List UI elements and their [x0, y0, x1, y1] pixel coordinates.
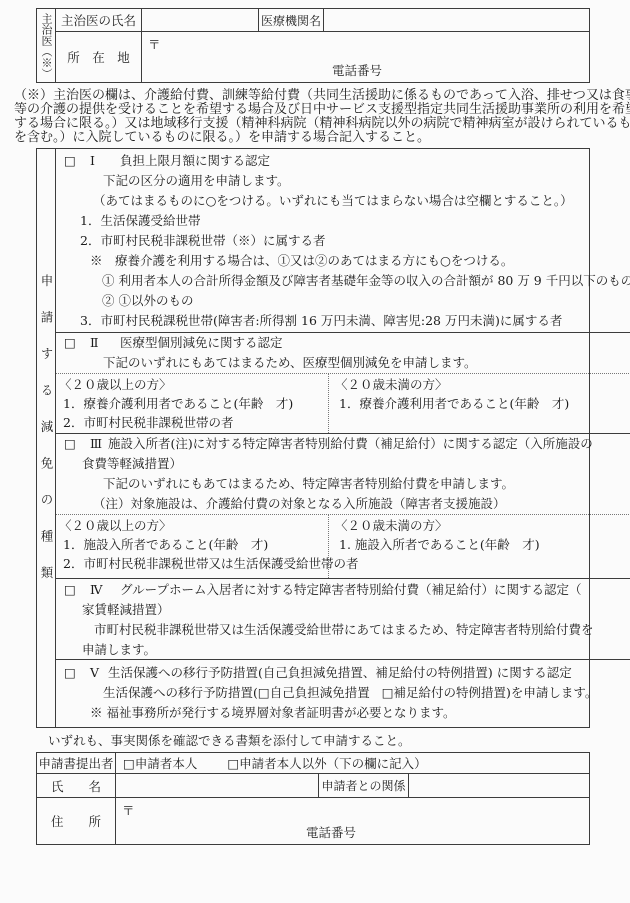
- s2-minor-item-1[interactable]: 1．療養介護利用者であること(年齢 才): [339, 394, 630, 413]
- submitter-row-type: 申請書提出者 □申請者本人 □申請者本人以外（下の欄に記入）: [37, 753, 589, 774]
- submitter-name-label: 氏 名: [37, 774, 116, 797]
- section-4-grouphome-supplement: □ Ⅳ グループホーム入居者に対する特定障害者特別給付費（補足給付）に関する認定…: [56, 578, 630, 659]
- section-2-numeral: Ⅱ: [90, 333, 106, 353]
- s1-paren-note: （あてはまるものに○をつける。いずれにも当てはまらない場合は空欄とすること。）: [93, 191, 630, 211]
- s2-adult-column: 〈２０歳以上の方〉 1．療養介護利用者であること(年齢 才) 2．市町村民税非課…: [56, 374, 329, 433]
- s2-age-columns: 〈２０歳以上の方〉 1．療養介護利用者であること(年齢 才) 2．市町村民税非課…: [56, 373, 630, 433]
- s4-desc-line-1: 市町村民税非課税世帯又は生活保護受給世帯にあてはまるため、特定障害者特別給付費を: [94, 620, 630, 640]
- exemption-side-label: 申請する減免の種類: [37, 274, 55, 603]
- s3-age-columns: 〈２０歳以上の方〉 1．施設入所者であること(年齢 才) 2．市町村民税非課税世…: [56, 514, 630, 578]
- exemption-type-table: 申請する減免の種類 □ Ⅰ 負担上限月額に関する認定 下記の区分の適用を申請しま…: [36, 148, 590, 728]
- submitter-options: □申請者本人 □申請者本人以外（下の欄に記入）: [116, 753, 589, 773]
- s1-option-1[interactable]: 1．生活保護受給世帯: [80, 211, 630, 231]
- relation-field[interactable]: [408, 774, 589, 797]
- relation-label: 申請者との関係: [318, 774, 408, 797]
- section-3-checkbox[interactable]: □: [64, 434, 78, 454]
- s3-target-note: （注）対象施設は、介護給付費の対象となる入所施設（障害者支援施設）: [93, 494, 630, 514]
- postal-mark-icon: 〒: [148, 35, 161, 53]
- exemption-table-body: □ Ⅰ 負担上限月額に関する認定 下記の区分の適用を申請します。 （あてはまるも…: [56, 149, 630, 727]
- section-3-title-line-2: 食費等軽減措置）: [82, 454, 630, 474]
- note-line-1: （※）主治医の欄は、介護給付費、訓練等給付費（共同生活援助に係るものであって入浴…: [14, 89, 624, 103]
- s3-minor-item-1[interactable]: 1. 施設入所者であること(年齢 才): [339, 535, 630, 554]
- application-form-page: 主治医（※） 主治医の氏名 医療機関名 所 在 地 〒 電話番号 （※）主治医の…: [0, 0, 630, 903]
- postal-mark-icon: 〒: [122, 801, 135, 819]
- doctor-side-cell: 主治医（※）: [37, 9, 56, 82]
- s5-desc-post: )を申請します。: [506, 685, 597, 700]
- applicant-other-checkbox[interactable]: □申請者本人以外（下の欄に記入）: [227, 754, 426, 772]
- section-5-title: 生活保護への移行予防措置(自己負担減免措置、補足給付の特例措置) に関する認定: [108, 663, 572, 683]
- doctor-table-body: 主治医の氏名 医療機関名 所 在 地 〒 電話番号: [56, 9, 589, 82]
- s3-adult-item-1[interactable]: 1．施設入所者であること(年齢 才): [63, 535, 328, 554]
- s1-desc: 下記の区分の適用を申請します。: [103, 171, 630, 191]
- doctor-address-label: 所 在 地: [56, 32, 141, 82]
- section-1-title: 負担上限月額に関する認定: [120, 151, 270, 171]
- submitter-address-field[interactable]: 〒 電話番号: [116, 798, 589, 844]
- supplement-special-checkbox[interactable]: □: [382, 683, 394, 703]
- section-2-head: □ Ⅱ 医療型個別減免に関する認定: [56, 333, 630, 353]
- section-1-numeral: Ⅰ: [90, 151, 106, 171]
- submitter-row-name: 氏 名 申請者との関係: [37, 774, 589, 798]
- section-1-checkbox[interactable]: □: [64, 151, 78, 171]
- s3-adult-header: 〈２０歳以上の方〉: [59, 516, 328, 535]
- s5-option-2-label: 補足給付の特例措置: [394, 685, 507, 700]
- s2-minor-column: 〈２０歳未満の方〉 1．療養介護利用者であること(年齢 才): [329, 374, 630, 433]
- section-3-head: □ Ⅲ 施設入所者(注)に対する特定障害者特別給付費（補足給付）に関する認定（入…: [56, 434, 630, 454]
- section-4-title-line-1: グループホーム入居者に対する特定障害者特別給付費（補足給付）に関する認定（: [120, 580, 582, 600]
- s3-desc: 下記のいずれにもあてはまるため、特定障害者特別給付費を申請します。: [103, 474, 630, 494]
- s3-adult-column: 〈２０歳以上の方〉 1．施設入所者であること(年齢 才) 2．市町村民税非課税世…: [56, 515, 329, 578]
- s3-minor-column: 〈２０歳未満の方〉 1. 施設入所者であること(年齢 才): [329, 515, 630, 578]
- s5-desc-line: 生活保護への移行予防措置(□自己負担減免措置□補足給付の特例措置)を申請します。: [103, 683, 630, 703]
- section-3-facility-supplement: □ Ⅲ 施設入所者(注)に対する特定障害者特別給付費（補足給付）に関する認定（入…: [56, 433, 630, 578]
- section-3-title-line-1: 施設入所者(注)に対する特定障害者特別給付費（補足給付）に関する認定（入所施設の: [108, 434, 593, 454]
- doctor-name-label: 主治医の氏名: [56, 9, 141, 31]
- note-line-3: する場合に限る。）又は地域移行支援（精神科病院（精神科病院以外の病院で精神病室が…: [14, 117, 624, 131]
- s5-desc-pre: 生活保護への移行予防措置(: [103, 685, 258, 700]
- s5-cert-note: ※ 福祉事務所が発行する境界層対象者証明書が必要となります。: [90, 703, 630, 723]
- s2-adult-header: 〈２０歳以上の方〉: [59, 375, 328, 394]
- institution-field[interactable]: [323, 9, 589, 31]
- section-5-numeral: Ⅴ: [90, 663, 106, 683]
- s1-option-3[interactable]: 3．市町村民税課税世帯(障害者:所得割 16 万円未満、障害児:28 万円未満)…: [80, 311, 630, 331]
- applicant-self-checkbox[interactable]: □申請者本人: [123, 754, 197, 772]
- section-3-numeral: Ⅲ: [90, 434, 106, 454]
- s1-sub-option-1[interactable]: ① 利用者本人の合計所得金額及び障害者基礎年金等の収入の合計額が 80 万 9 …: [102, 271, 630, 291]
- checkbox-icon: □: [227, 756, 239, 771]
- note-line-2: 等の介護の提供を受けることを希望する場合及び日中サービス支援型指定共同生活援助事…: [14, 103, 624, 117]
- submitter-phone-label: 電話番号: [306, 823, 356, 841]
- doctor-row-name: 主治医の氏名 医療機関名: [56, 9, 589, 32]
- doctor-table: 主治医（※） 主治医の氏名 医療機関名 所 在 地 〒 電話番号: [36, 8, 590, 83]
- note-line-4: を含む。）に入院しているものに限る。）を申請する場合記入すること。: [14, 131, 624, 145]
- section-1-head: □ Ⅰ 負担上限月額に関する認定: [56, 151, 630, 171]
- s5-option-1-label: 自己負担減免措置: [270, 685, 370, 700]
- s1-ref-note: ※ 療養介護を利用する場合は、①又は②のあてはまる方にも○をつける。: [90, 251, 630, 271]
- section-4-checkbox[interactable]: □: [64, 580, 78, 600]
- section-2-checkbox[interactable]: □: [64, 333, 78, 353]
- section-4-numeral: Ⅳ: [90, 580, 106, 600]
- applicant-other-label: 申請者本人以外（下の欄に記入）: [239, 754, 427, 772]
- section-5-welfare-transition: □ Ⅴ 生活保護への移行予防措置(自己負担減免措置、補足給付の特例措置) に関す…: [56, 659, 630, 727]
- doctor-name-field[interactable]: [141, 9, 258, 31]
- doctor-row-address: 所 在 地 〒 電話番号: [56, 32, 589, 82]
- s4-desc-line-2: 申請します。: [82, 640, 630, 659]
- section-2-title: 医療型個別減免に関する認定: [120, 333, 283, 353]
- institution-label: 医療機関名: [258, 9, 323, 31]
- exemption-side-cell: 申請する減免の種類: [37, 149, 56, 727]
- submitter-address-label: 住 所: [37, 798, 116, 844]
- doctor-note-paragraph: （※）主治医の欄は、介護給付費、訓練等給付費（共同生活援助に係るものであって入浴…: [14, 89, 624, 145]
- s1-option-2[interactable]: 2．市町村民税非課税世帯（※）に属する者: [80, 231, 630, 251]
- submitter-name-field[interactable]: [116, 774, 318, 797]
- section-4-title-line-2: 家賃軽減措置）: [82, 600, 630, 620]
- doctor-side-label: 主治医（※）: [38, 13, 54, 79]
- s2-minor-header: 〈２０歳未満の方〉: [335, 375, 630, 394]
- s2-adult-item-2[interactable]: 2．市町村民税非課税世帯の者: [63, 413, 328, 432]
- s3-adult-item-2[interactable]: 2．市町村民税非課税世帯又は生活保護受給世帯の者: [63, 554, 328, 573]
- applicant-self-label: 申請者本人: [135, 754, 198, 772]
- submitter-table: 申請書提出者 □申請者本人 □申請者本人以外（下の欄に記入） 氏 名 申請者との…: [36, 752, 590, 845]
- attach-documents-note: いずれも、事実関係を確認できる書類を添付して申請すること。: [48, 733, 411, 749]
- doctor-address-field[interactable]: 〒 電話番号: [141, 32, 589, 82]
- self-pay-reduction-checkbox[interactable]: □: [258, 683, 270, 703]
- s2-desc: 下記のいずれにもあてはまるため、医療型個別減免を申請します。: [103, 353, 630, 373]
- section-1-upper-limit: □ Ⅰ 負担上限月額に関する認定 下記の区分の適用を申請します。 （あてはまるも…: [56, 149, 630, 332]
- s3-minor-header: 〈２０歳未満の方〉: [335, 516, 630, 535]
- s2-adult-item-1[interactable]: 1．療養介護利用者であること(年齢 才): [63, 394, 328, 413]
- section-2-medical-reduction: □ Ⅱ 医療型個別減免に関する認定 下記のいずれにもあてはまるため、医療型個別減…: [56, 332, 630, 433]
- s1-sub-option-2[interactable]: ② ①以外のもの: [102, 291, 630, 311]
- submitter-row-address: 住 所 〒 電話番号: [37, 798, 589, 844]
- section-5-checkbox[interactable]: □: [64, 663, 78, 683]
- submitter-row-label: 申請書提出者: [37, 753, 116, 773]
- section-5-head: □ Ⅴ 生活保護への移行予防措置(自己負担減免措置、補足給付の特例措置) に関す…: [56, 663, 630, 683]
- checkbox-icon: □: [123, 756, 135, 771]
- doctor-phone-label: 電話番号: [332, 61, 382, 79]
- section-4-head: □ Ⅳ グループホーム入居者に対する特定障害者特別給付費（補足給付）に関する認定…: [56, 580, 630, 600]
